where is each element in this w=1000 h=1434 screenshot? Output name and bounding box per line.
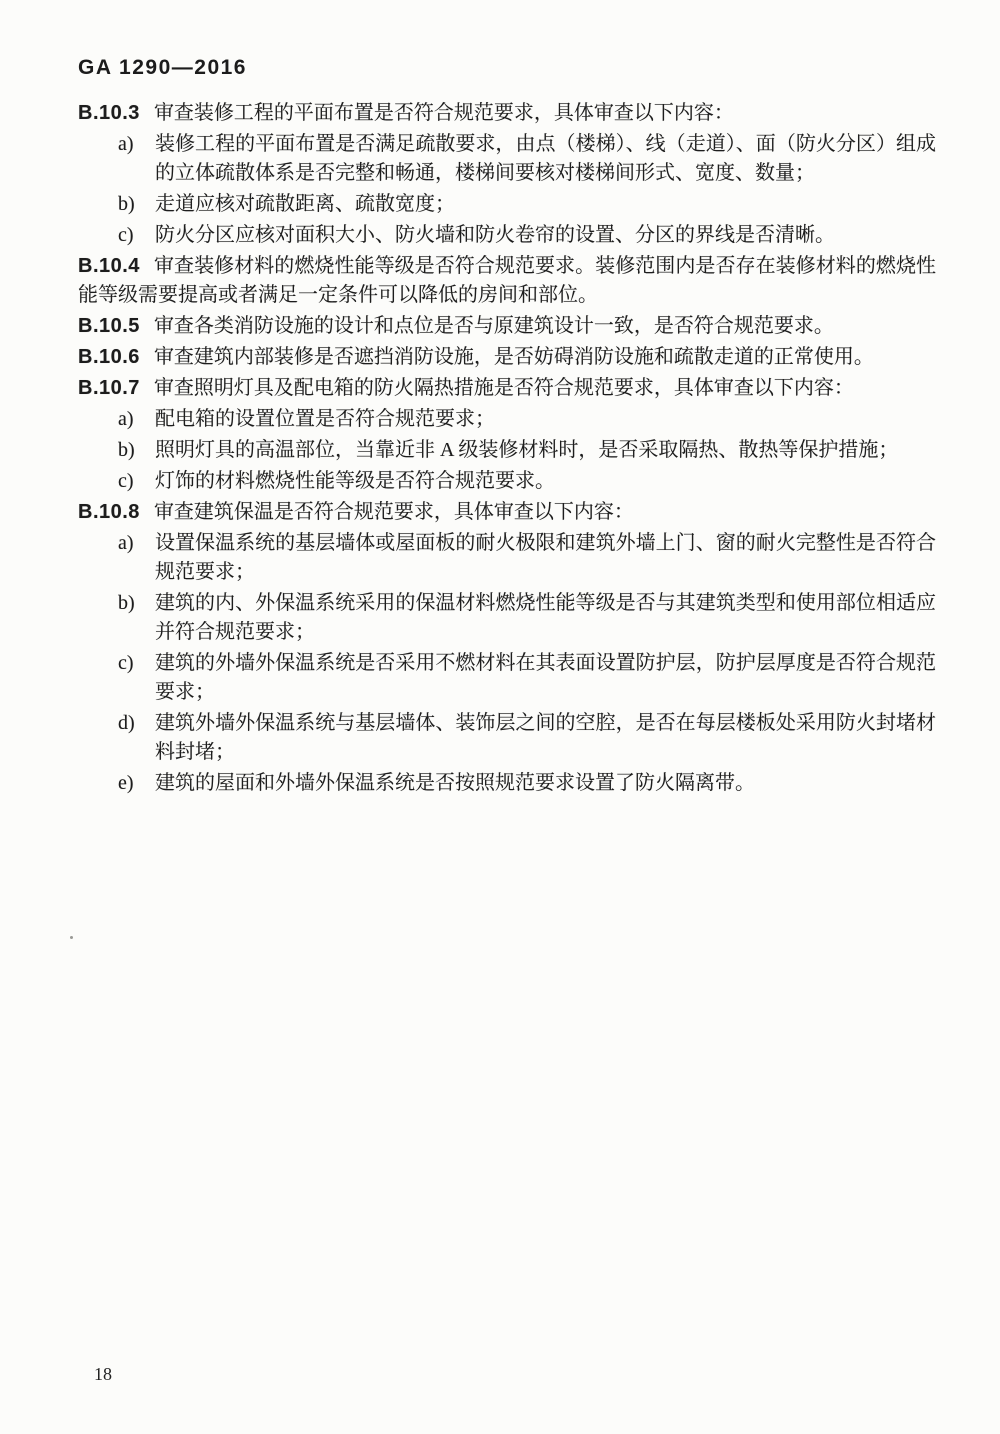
list-item-text: 建筑的屋面和外墙外保温系统是否按照规范要求设置了防火隔离带。 (155, 772, 755, 794)
document-page: GA 1290—2016 B.10.3审查装修工程的平面布置是否符合规范要求，具… (0, 0, 1000, 1434)
list-item-text: 建筑的内、外保温系统采用的保温材料燃烧性能等级是否与其建筑类型和使用部位相适应并… (155, 592, 936, 643)
list-item: a)设置保温系统的基层墙体或屋面板的耐火极限和建筑外墙上门、窗的耐火完整性是否符… (78, 529, 936, 587)
list-item-letter: c) (118, 467, 134, 496)
section-text: 审查建筑保温是否符合规范要求，具体审查以下内容： (154, 501, 634, 523)
section-b104: B.10.4审查装修材料的燃烧性能等级是否符合规范要求。装修范围内是否存在装修材… (78, 252, 936, 310)
document-header: GA 1290—2016 (78, 56, 247, 80)
section-text: 审查装修材料的燃烧性能等级是否符合规范要求。装修范围内是否存在装修材料的燃烧性能… (78, 255, 936, 306)
list-item-letter: b) (118, 436, 135, 465)
list-item-text: 灯饰的材料燃烧性能等级是否符合规范要求。 (155, 470, 555, 492)
page-number: 18 (94, 1364, 112, 1385)
section-b105: B.10.5审查各类消防设施的设计和点位是否与原建筑设计一致，是否符合规范要求。 (78, 312, 936, 341)
list-item-letter: a) (118, 405, 134, 434)
section-number: B.10.4 (78, 255, 140, 277)
section-number: B.10.6 (78, 346, 140, 368)
section-number: B.10.8 (78, 501, 140, 523)
list-item-text: 配电箱的设置位置是否符合规范要求； (155, 408, 495, 430)
list-item: c)建筑的外墙外保温系统是否采用不燃材料在其表面设置防护层，防护层厚度是否符合规… (78, 649, 936, 707)
list-item-text: 照明灯具的高温部位，当靠近非 A 级装修材料时，是否采取隔热、散热等保护措施； (155, 439, 898, 461)
section-number: B.10.3 (78, 102, 140, 124)
section-text: 审查装修工程的平面布置是否符合规范要求，具体审查以下内容： (154, 102, 734, 124)
section-text: 审查各类消防设施的设计和点位是否与原建筑设计一致，是否符合规范要求。 (154, 315, 834, 337)
list-item: a)装修工程的平面布置是否满足疏散要求，由点（楼梯）、线（走道）、面（防火分区）… (78, 130, 936, 188)
section-b108: B.10.8审查建筑保温是否符合规范要求，具体审查以下内容： (78, 498, 936, 527)
list-item: e)建筑的屋面和外墙外保温系统是否按照规范要求设置了防火隔离带。 (78, 769, 936, 798)
section-b106: B.10.6审查建筑内部装修是否遮挡消防设施，是否妨碍消防设施和疏散走道的正常使… (78, 343, 936, 372)
list-item: c)灯饰的材料燃烧性能等级是否符合规范要求。 (78, 467, 936, 496)
document-body: B.10.3审查装修工程的平面布置是否符合规范要求，具体审查以下内容： a)装修… (78, 99, 936, 800)
list-item-letter: c) (118, 649, 134, 678)
section-number: B.10.5 (78, 315, 140, 337)
list-item-text: 建筑的外墙外保温系统是否采用不燃材料在其表面设置防护层，防护层厚度是否符合规范要… (155, 652, 936, 703)
list-item-text: 设置保温系统的基层墙体或屋面板的耐火极限和建筑外墙上门、窗的耐火完整性是否符合规… (155, 532, 936, 583)
list-item: b)建筑的内、外保温系统采用的保温材料燃烧性能等级是否与其建筑类型和使用部位相适… (78, 589, 936, 647)
list-item: c)防火分区应核对面积大小、防火墙和防火卷帘的设置、分区的界线是否清晰。 (78, 221, 936, 250)
list-item-letter: e) (118, 769, 134, 798)
list-item-letter: c) (118, 221, 134, 250)
section-b103: B.10.3审查装修工程的平面布置是否符合规范要求，具体审查以下内容： (78, 99, 936, 128)
list-item: d)建筑外墙外保温系统与基层墙体、装饰层之间的空腔，是否在每层楼板处采用防火封堵… (78, 709, 936, 767)
list-item-letter: a) (118, 130, 134, 159)
list-item: b)照明灯具的高温部位，当靠近非 A 级装修材料时，是否采取隔热、散热等保护措施… (78, 436, 936, 465)
list-item-text: 走道应核对疏散距离、疏散宽度； (155, 193, 455, 215)
list-item-letter: d) (118, 709, 135, 738)
list-item: a)配电箱的设置位置是否符合规范要求； (78, 405, 936, 434)
section-text: 审查建筑内部装修是否遮挡消防设施，是否妨碍消防设施和疏散走道的正常使用。 (154, 346, 874, 368)
scan-artifact-dot (70, 936, 73, 939)
section-number: B.10.7 (78, 377, 140, 399)
section-text: 审查照明灯具及配电箱的防火隔热措施是否符合规范要求，具体审查以下内容： (154, 377, 854, 399)
list-item-letter: a) (118, 529, 134, 558)
section-b107: B.10.7审查照明灯具及配电箱的防火隔热措施是否符合规范要求，具体审查以下内容… (78, 374, 936, 403)
list-item-text: 防火分区应核对面积大小、防火墙和防火卷帘的设置、分区的界线是否清晰。 (155, 224, 835, 246)
list-item-letter: b) (118, 190, 135, 219)
list-item-text: 装修工程的平面布置是否满足疏散要求，由点（楼梯）、线（走道）、面（防火分区）组成… (155, 133, 936, 184)
list-item: b)走道应核对疏散距离、疏散宽度； (78, 190, 936, 219)
list-item-text: 建筑外墙外保温系统与基层墙体、装饰层之间的空腔，是否在每层楼板处采用防火封堵材料… (155, 712, 936, 763)
list-item-letter: b) (118, 589, 135, 618)
